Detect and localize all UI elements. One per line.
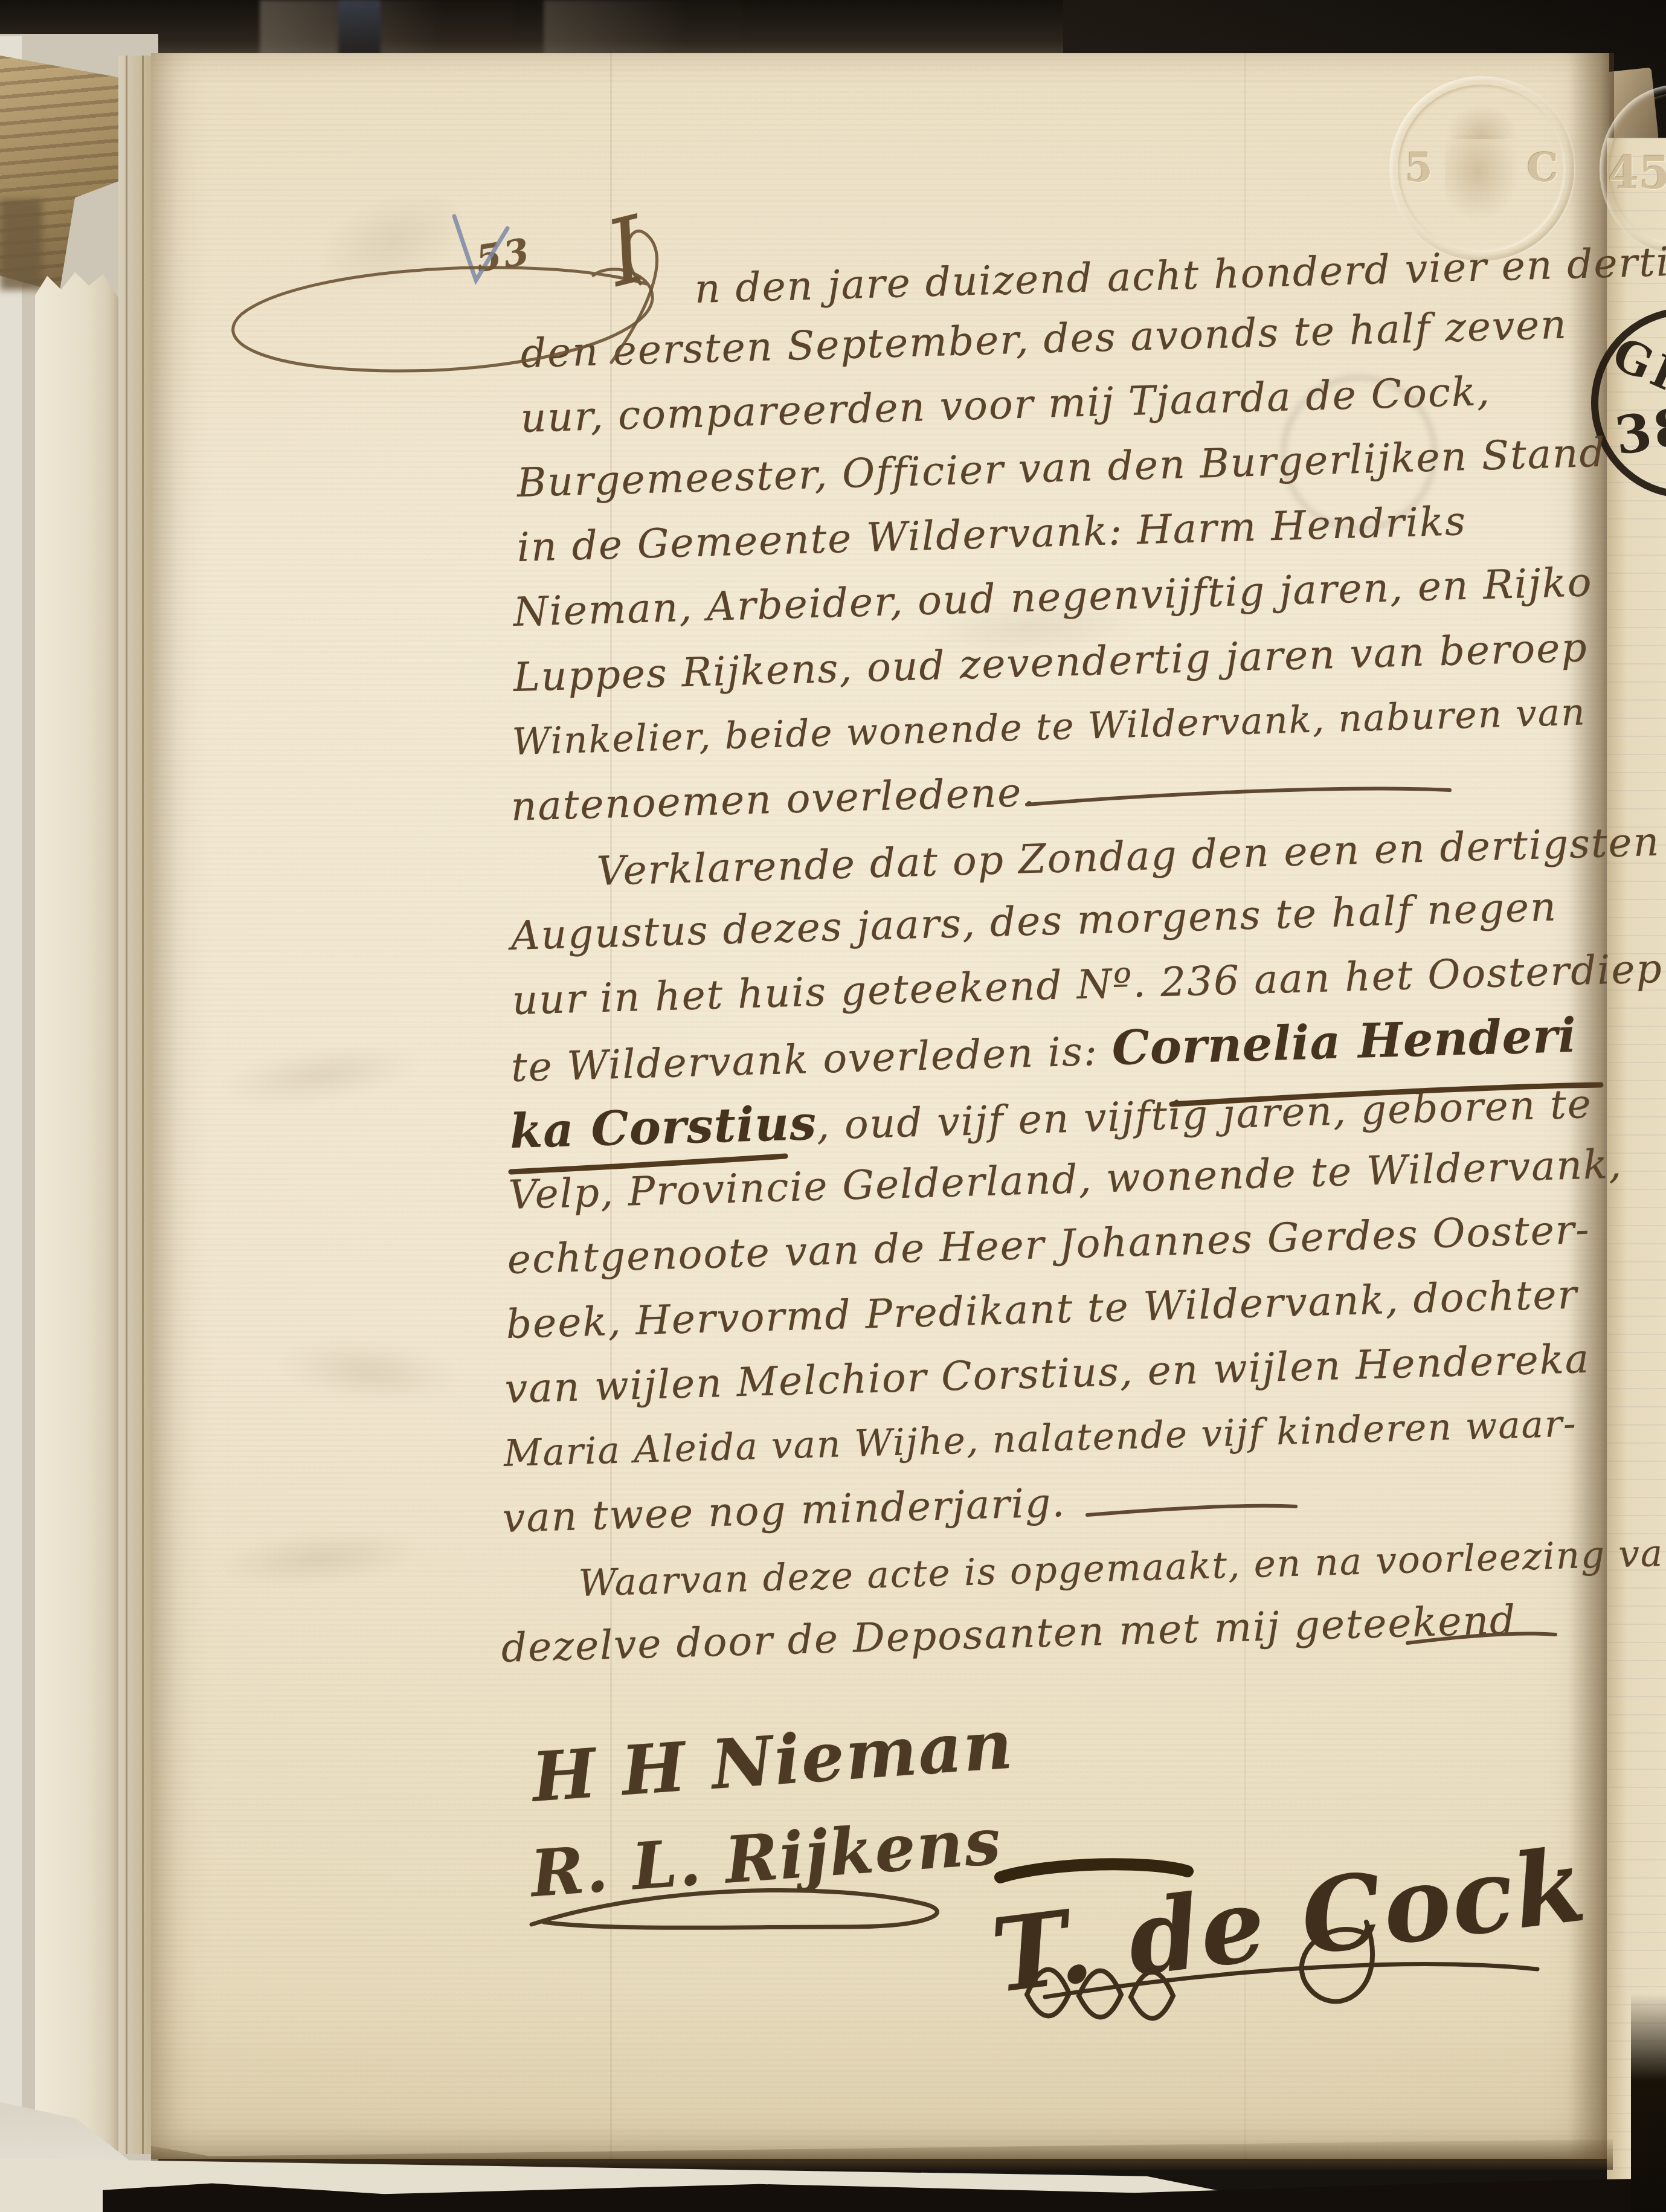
stamp-number: 38 — [1611, 396, 1666, 467]
seal-number: 45 — [1608, 147, 1666, 199]
embossed-revenue-seal: 5 C — [1389, 76, 1574, 261]
background-reflection — [338, 0, 381, 56]
page-stack-outer-edge — [0, 36, 22, 2212]
seal-coat-of-arms — [1445, 135, 1519, 224]
seal-crown — [1443, 91, 1521, 139]
background-reflection — [260, 0, 513, 56]
background-reflection — [544, 0, 743, 56]
deceased-name-part2: ka Corstius — [509, 1096, 817, 1159]
act-number: 53 — [473, 230, 534, 280]
book-photo-scene: 5 C 45 GR 38 53 I n den jare duizend ach… — [0, 0, 1666, 2212]
seal-letter: C — [1526, 144, 1558, 191]
binding-shadow — [0, 199, 42, 290]
photo-background-right — [1631, 1993, 1666, 2212]
stamp-text: GR — [1605, 328, 1666, 409]
seal-denomination: 5 — [1405, 144, 1433, 191]
torn-page-strip — [35, 268, 122, 2212]
